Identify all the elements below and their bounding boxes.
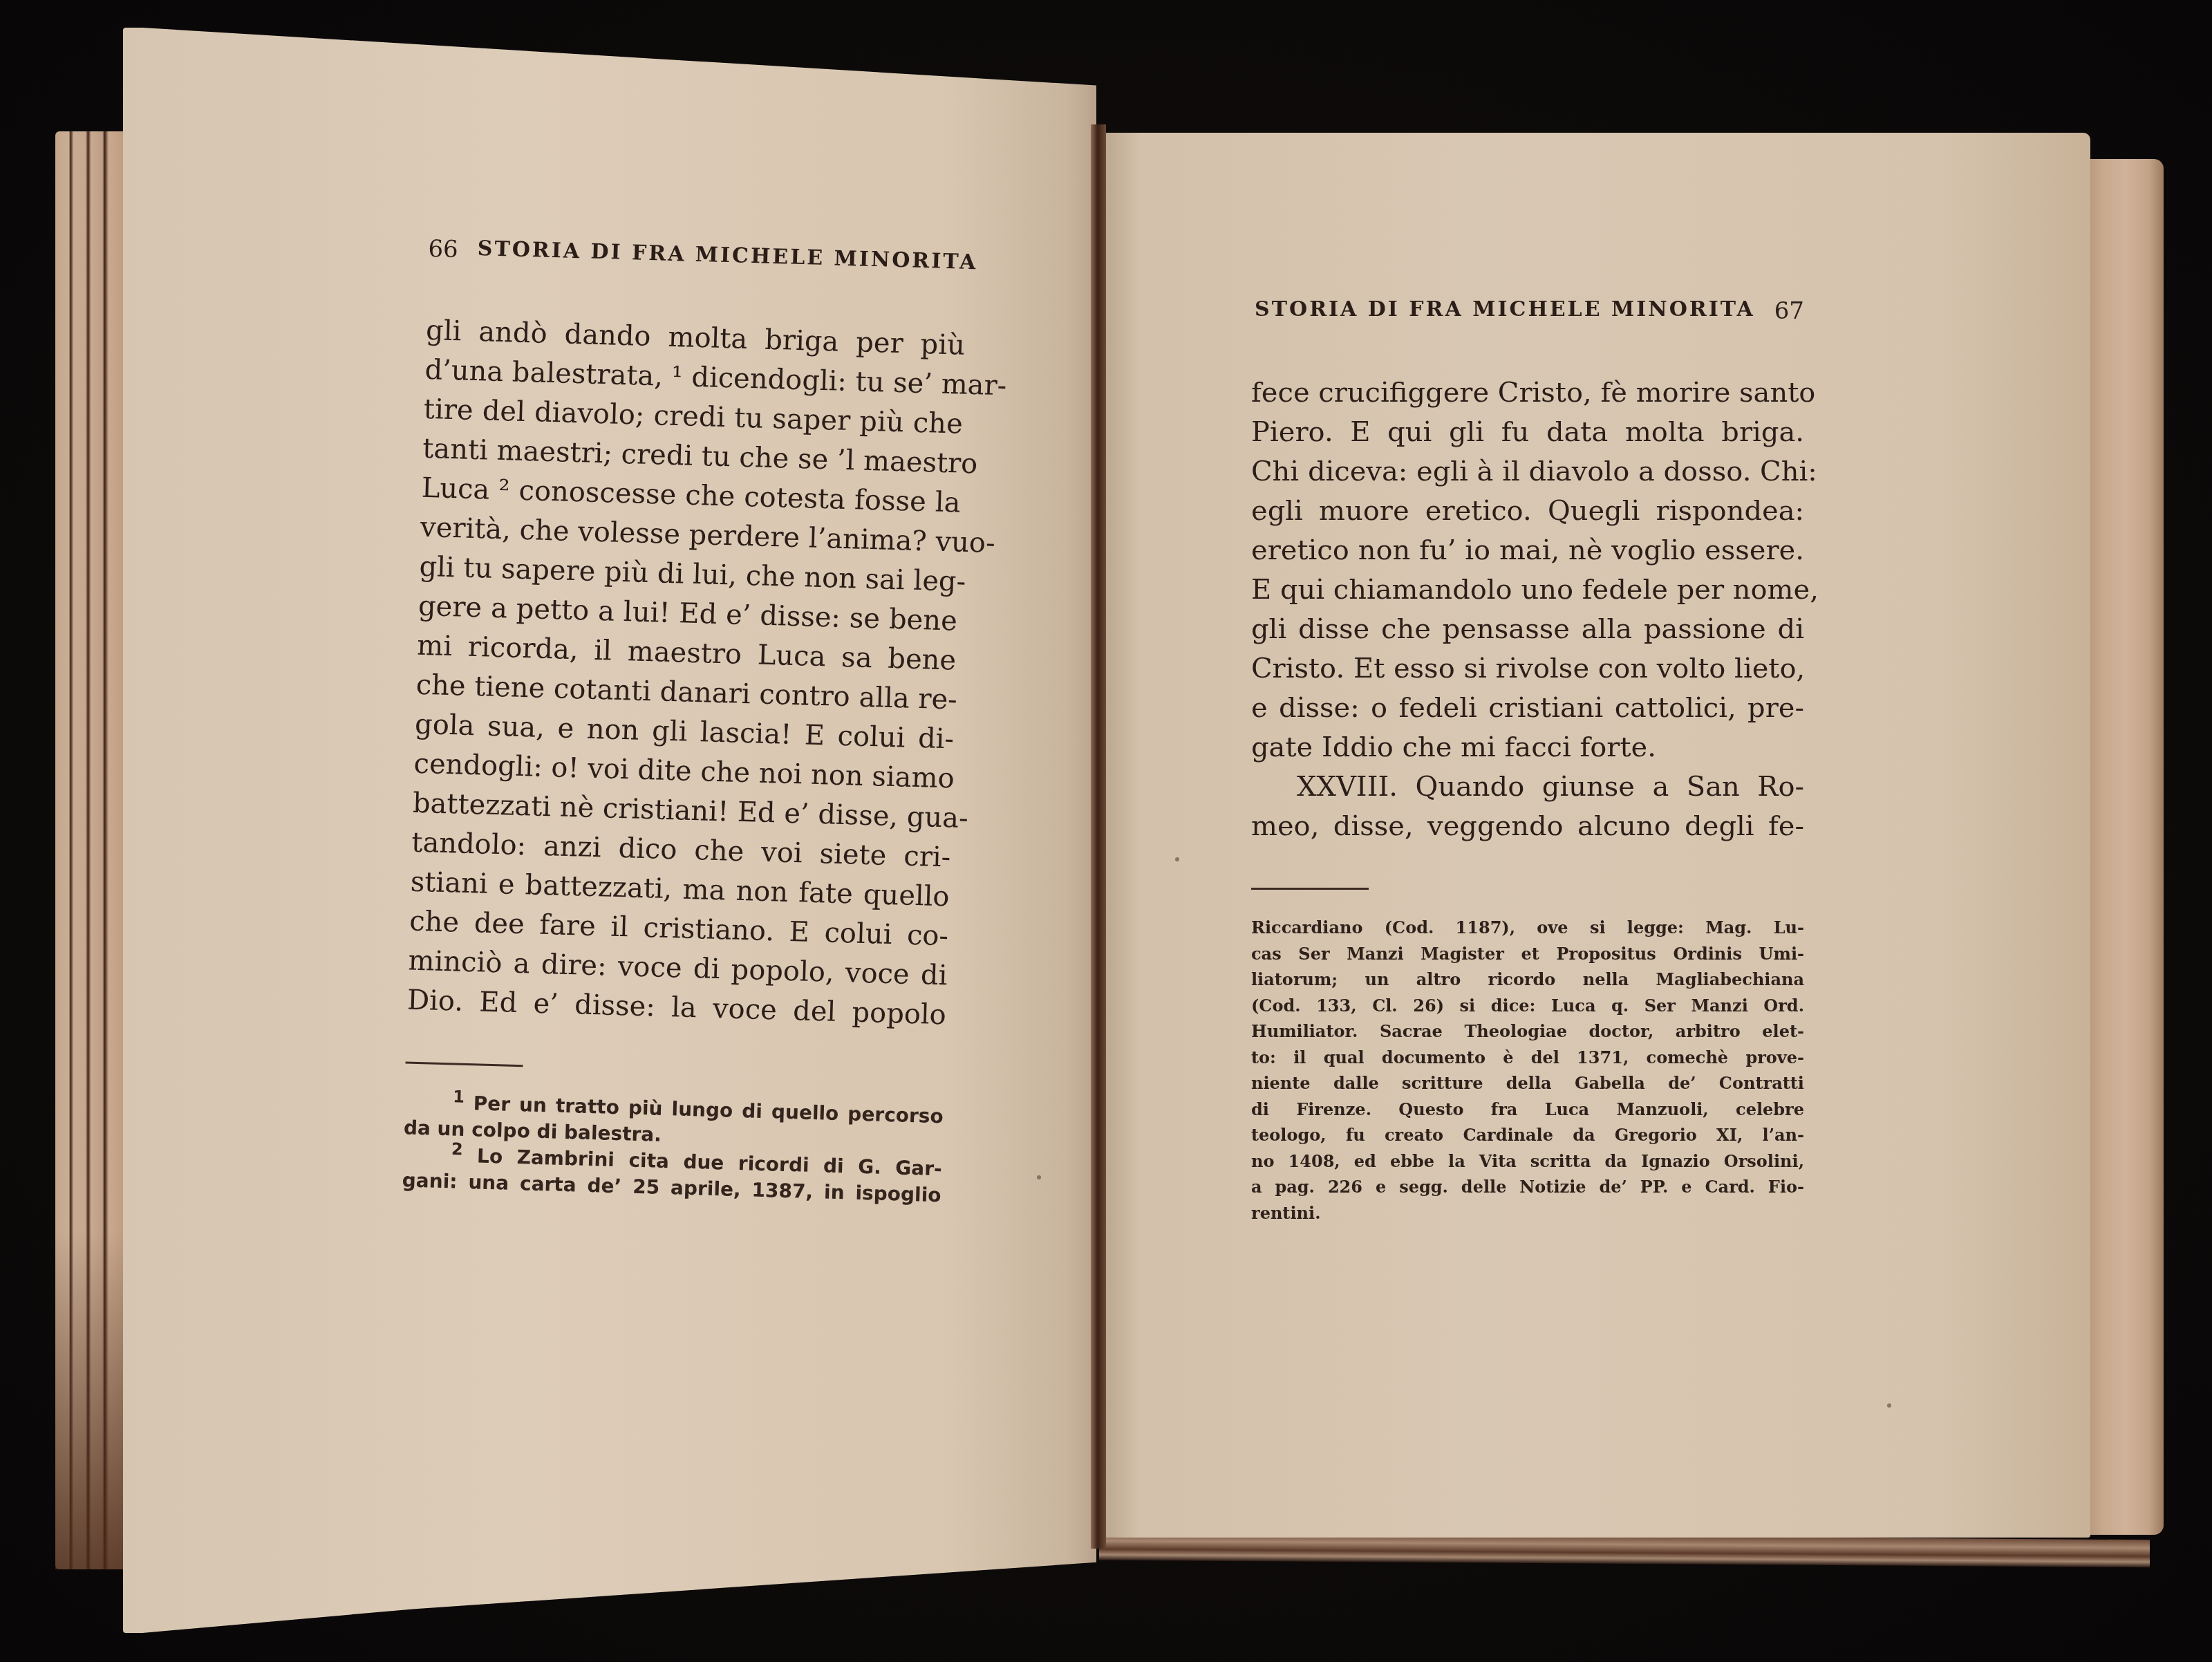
section-heading-line: XXVIII. Quando giunse a San Ro- (1251, 767, 1804, 807)
page-number-right: 67 (1774, 297, 1804, 325)
running-head-title-right: STORIA DI FRA MICHELE MINORITA (1255, 297, 1755, 325)
right-page-stack-edges (2088, 159, 2164, 1535)
right-body: fece crucifiggere Cristo, fè morire sant… (1251, 373, 1804, 846)
right-footnotes: Riccardiano (Cod. 1187), ove si legge: M… (1251, 915, 1804, 1226)
body-line: e disse: o fedeli cristiani cattolici, p… (1251, 689, 1804, 728)
speck (1887, 1403, 1891, 1408)
body-line: E qui chiamandolo uno fedele per nome, (1251, 570, 1804, 610)
footnote-rule (406, 1062, 523, 1067)
left-page-text: 66 STORIA DI FRA MICHELE MINORITA gli an… (402, 235, 967, 1208)
footnote-line: niente dalle scritture della Gabella de’… (1251, 1070, 1804, 1096)
footnote-line: a pag. 226 e segg. delle Notizie de’ PP.… (1251, 1174, 1804, 1200)
footnote-marker: 2 (451, 1139, 463, 1159)
body-line: Piero. E qui gli fu data molta briga. (1251, 413, 1804, 452)
body-line: eretico non fu’ io mai, nè voglio essere… (1251, 531, 1804, 570)
page-number-left: 66 (428, 235, 458, 263)
footnote-rule (1251, 888, 1369, 890)
right-page-text: STORIA DI FRA MICHELE MINORITA 67 fece c… (1251, 297, 1804, 1226)
footnote-line: cas Ser Manzi Magister et Propositus Ord… (1251, 941, 1804, 967)
footnote-line: no 1408, ed ebbe la Vita scritta da Igna… (1251, 1148, 1804, 1175)
body-line: egli muore eretico. Quegli rispondea: (1251, 492, 1804, 531)
body-line: gli disse che pensasse alla passione di (1251, 610, 1804, 649)
footnote-line: di Firenze. Questo fra Luca Manzuoli, ce… (1251, 1096, 1804, 1123)
body-line: meo, disse, veggendo alcuno degli fe- (1251, 807, 1804, 846)
body-line: Cristo. Et esso si rivolse con volto lie… (1251, 649, 1804, 689)
body-line: Chi diceva: egli à il diavolo a dosso. C… (1251, 452, 1804, 492)
footnote-line: teologo, fu creato Cardinale da Gregorio… (1251, 1122, 1804, 1148)
footnote-line: to: il qual documento è del 1371, comech… (1251, 1045, 1804, 1071)
speck (1175, 857, 1179, 861)
left-body: gli andò dando molta briga per più d’una… (406, 311, 965, 1035)
footnote-line: Humiliator. Sacrae Theologiae doctor, ar… (1251, 1018, 1804, 1045)
body-line: gate Iddio che mi facci forte. (1251, 728, 1804, 767)
right-running-head: STORIA DI FRA MICHELE MINORITA 67 (1251, 297, 1804, 325)
body-line: fece crucifiggere Cristo, fè morire sant… (1251, 373, 1804, 413)
footnote-line: rentini. (1251, 1200, 1804, 1226)
book-gutter (1091, 124, 1106, 1549)
footnote-line: (Cod. 133, Cl. 26) si dice: Luca q. Ser … (1251, 993, 1804, 1019)
footnote-line: liatorum; un altro ricordo nella Magliab… (1251, 967, 1804, 993)
left-footnotes: 1 Per un tratto più lungo di quello perc… (402, 1089, 944, 1209)
footnote-line: Riccardiano (Cod. 1187), ove si legge: M… (1251, 915, 1804, 941)
speck (1037, 1175, 1041, 1179)
left-edge-shadow (55, 1231, 131, 1569)
footnote-marker: 1 (453, 1087, 465, 1106)
